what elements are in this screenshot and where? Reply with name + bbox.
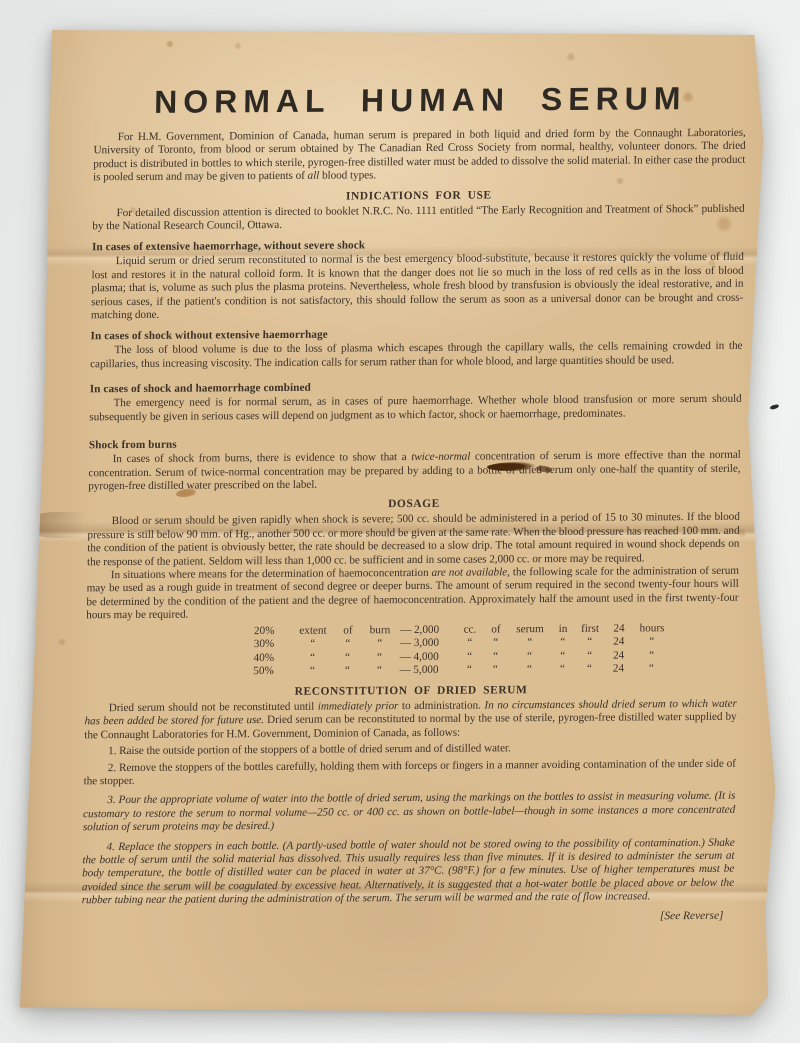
table-cell: “	[573, 649, 605, 663]
table-cell: hours	[632, 622, 672, 636]
paragraph: In situations where means for the determ…	[86, 565, 739, 623]
text-segment: 3. Pour the appropriate volume of water …	[83, 790, 736, 833]
text-segment: 4. Replace the stoppers in each bottle. …	[82, 836, 735, 906]
instruction-step: 4. Replace the stoppers in each bottle. …	[82, 836, 735, 908]
table-cell: 50%	[253, 665, 289, 679]
text-segment: The loss of blood volume is due to the l…	[90, 340, 742, 370]
table-cell: “	[335, 665, 359, 679]
paragraph: The emergency need is for normal serum, …	[89, 393, 742, 424]
table-cell: “	[456, 637, 484, 651]
text-segment: 1. Raise the outside portion of the stop…	[108, 742, 511, 757]
instruction-step: 3. Pour the appropriate volume of water …	[83, 790, 736, 835]
document-page: NORMAL HUMAN SERUM For H.M. Government, …	[0, 0, 800, 1043]
table-cell: “	[335, 651, 359, 665]
table-cell: “	[551, 650, 573, 664]
table-cell: “	[483, 664, 507, 678]
paragraph: Liquid serum or dried serum reconstitute…	[91, 251, 744, 323]
table-row: 50%“““— 5,000“““““24“	[253, 662, 737, 679]
table-cell: burn	[360, 624, 400, 638]
table-cell: “	[360, 637, 400, 651]
instruction-step: 2. Remove the stoppers of the bottles ca…	[84, 757, 737, 788]
intro-paragraph: For H.M. Government, Dominion of Canada,…	[93, 127, 746, 185]
table-cell: “	[336, 638, 360, 652]
table-cell: “	[507, 650, 551, 664]
text-segment: are not available	[431, 566, 507, 579]
paragraph: In cases of shock from burns, there is e…	[88, 449, 741, 494]
table-cell: “	[552, 636, 574, 650]
photo-background: NORMAL HUMAN SERUM For H.M. Government, …	[0, 0, 800, 1043]
text-segment: Dried serum should not be reconstituted …	[109, 701, 318, 714]
table-cell: “	[507, 663, 551, 677]
table-cell: in	[552, 622, 574, 636]
table-cell: “	[631, 663, 671, 677]
table-cell: “	[574, 636, 606, 650]
table-cell: first	[574, 622, 606, 636]
see-reverse-note: [See Reverse]	[81, 909, 723, 925]
table-cell: “	[289, 651, 335, 665]
text-segment: all	[308, 170, 320, 182]
table-cell: of	[484, 623, 508, 637]
table-cell: “	[484, 636, 508, 650]
paragraph: Blood or serum should be given rapidly w…	[87, 511, 740, 569]
table-cell: 24	[605, 649, 631, 663]
text-segment: The emergency need is for normal serum, …	[89, 393, 741, 423]
paragraph: The loss of blood volume is due to the l…	[90, 340, 743, 371]
table-cell: “	[455, 664, 483, 678]
table-cell: 40%	[253, 652, 289, 666]
instruction-step: 1. Raise the outside portion of the stop…	[84, 741, 736, 759]
table-cell: — 2,000	[400, 623, 456, 637]
text-segment: Liquid serum or dried serum reconstitute…	[91, 251, 744, 321]
table-cell: cc.	[456, 623, 484, 637]
text-segment: immediately prior	[318, 700, 399, 713]
text-segment: Blood or serum should be given rapidly w…	[87, 511, 740, 568]
table-cell: “	[508, 636, 552, 650]
table-cell: 24	[605, 663, 631, 677]
table-cell: “	[632, 635, 672, 649]
table-cell: “	[359, 664, 399, 678]
table-cell: 20%	[254, 624, 290, 638]
paper-shadow-wrap: NORMAL HUMAN SERUM For H.M. Government, …	[0, 0, 800, 1043]
text-segment: For detailed discussion attention is dir…	[92, 202, 744, 232]
paragraph: For detailed discussion attention is dir…	[92, 202, 745, 233]
document-content: NORMAL HUMAN SERUM For H.M. Government, …	[81, 80, 746, 926]
table-cell: 30%	[254, 638, 290, 652]
table-cell: “	[483, 650, 507, 664]
table-cell: serum	[508, 623, 552, 637]
text-segment: blood types.	[319, 170, 376, 182]
table-cell: “	[289, 665, 335, 679]
text-segment: twice-normal	[411, 451, 470, 463]
paragraph: Dried serum should not be reconstituted …	[84, 698, 737, 743]
table-cell: of	[336, 624, 360, 638]
document-title: NORMAL HUMAN SERUM	[94, 80, 747, 122]
table-cell: — 4,000	[399, 650, 455, 664]
table-cell: “	[359, 651, 399, 665]
table-cell: 24	[606, 636, 632, 650]
table-cell: — 5,000	[399, 664, 455, 678]
table-cell: “	[551, 663, 573, 677]
table-cell: “	[631, 649, 671, 663]
dosage-table: 20%extentofburn— 2,000cc.ofseruminfirst2…	[253, 621, 738, 679]
text-segment: In situations where means for the determ…	[111, 567, 432, 581]
table-cell: extent	[290, 624, 336, 638]
text-segment: In cases of shock from burns, there is e…	[113, 451, 412, 465]
table-cell: — 3,000	[400, 637, 456, 651]
text-segment: 2. Remove the stoppers of the bottles ca…	[84, 757, 736, 787]
text-segment: to administration.	[398, 699, 484, 712]
table-cell: 24	[606, 622, 632, 636]
table-cell: “	[455, 650, 483, 664]
table-cell: “	[573, 663, 605, 677]
table-cell: “	[290, 638, 336, 652]
text-segment: For H.M. Government, Dominion of Canada,…	[93, 127, 746, 184]
